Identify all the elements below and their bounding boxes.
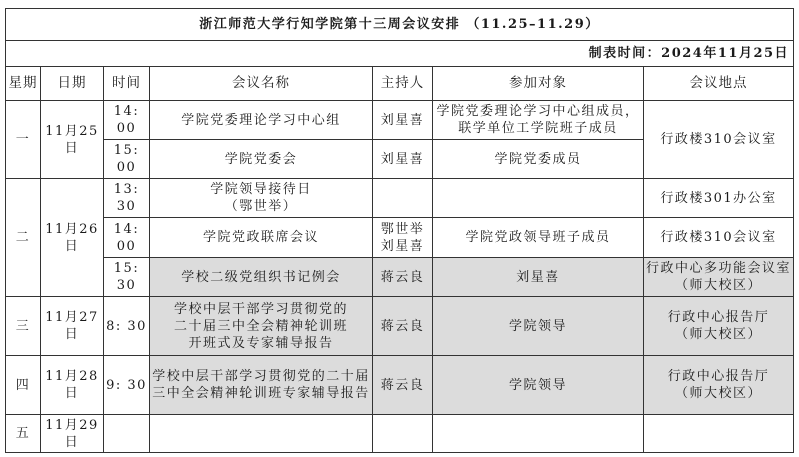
location-cell: 行政中心报告厅 （师大校区）: [644, 297, 794, 356]
time-cell: 15: 30: [104, 258, 150, 297]
time-cell: 14: 00: [104, 218, 150, 258]
header-date: 日期: [41, 67, 104, 101]
location-cell: 行政楼310会议室: [644, 101, 794, 179]
host-cell: 蒋云良: [373, 356, 433, 415]
time-cell: 14: 00: [104, 101, 150, 140]
header-meeting: 会议名称: [150, 67, 373, 101]
location-cell: 行政中心多功能会议室 （师大校区）: [644, 258, 794, 297]
header-location: 会议地点: [644, 67, 794, 101]
attendees-cell: [433, 179, 644, 218]
table-row: 15: 30 学校二级党组织书记例会 蒋云良 刘星喜 行政中心多功能会议室 （师…: [6, 258, 794, 297]
date-cell: 11月29日: [41, 415, 104, 453]
attendees-cell: 学院党政领导班子成员: [433, 218, 644, 258]
host-cell: [373, 179, 433, 218]
weekday-cell: 二: [6, 179, 41, 297]
meeting-name-cell: [150, 415, 373, 453]
time-cell: 15: 00: [104, 140, 150, 179]
location-cell: 行政楼310会议室: [644, 218, 794, 258]
attendees-cell: 刘星喜: [433, 258, 644, 297]
time-cell: 8: 30: [104, 297, 150, 356]
attendees-cell: 学院党委成员: [433, 140, 644, 179]
weekday-cell: 五: [6, 415, 41, 453]
date-cell: 11月26日: [41, 179, 104, 297]
location-cell: 行政楼301办公室: [644, 179, 794, 218]
weekday-cell: 一: [6, 101, 41, 179]
date-cell: 11月27日: [41, 297, 104, 356]
date-cell: 11月25日: [41, 101, 104, 179]
host-cell: 刘星喜: [373, 140, 433, 179]
attendees-cell: 学院领导: [433, 297, 644, 356]
meeting-name-cell: 学校中层干部学习贯彻党的二十届 三中全会精神轮训班专家辅导报告: [150, 356, 373, 415]
header-weekday: 星期: [6, 67, 41, 101]
time-cell: [104, 415, 150, 453]
table-row: 一 11月25日 14: 00 学院党委理论学习中心组 刘星喜 学院党委理论学习…: [6, 101, 794, 140]
attendees-cell: 学院领导: [433, 356, 644, 415]
host-cell: 蒋云良: [373, 297, 433, 356]
meeting-name-cell: 学院党政联席会议: [150, 218, 373, 258]
header-time: 时间: [104, 67, 150, 101]
weekday-cell: 四: [6, 356, 41, 415]
attendees-cell: [433, 415, 644, 453]
host-cell: 蒋云良: [373, 258, 433, 297]
meeting-name-cell: 学院党委会: [150, 140, 373, 179]
table-row: 四 11月28日 9: 30 学校中层干部学习贯彻党的二十届 三中全会精神轮训班…: [6, 356, 794, 415]
header-attendees: 参加对象: [433, 67, 644, 101]
attendees-cell: 学院党委理论学习中心组成员， 联学单位工学院班子成员: [433, 101, 644, 140]
meeting-name-cell: 学校二级党组织书记例会: [150, 258, 373, 297]
meeting-name-cell: 学院党委理论学习中心组: [150, 101, 373, 140]
location-cell: [644, 415, 794, 453]
location-cell: 行政中心报告厅 （师大校区）: [644, 356, 794, 415]
time-cell: 9: 30: [104, 356, 150, 415]
header-row: 星期 日期 时间 会议名称 主持人 参加对象 会议地点: [6, 67, 794, 101]
made-time: 制表时间：2024年11月25日: [6, 41, 794, 67]
table-row: 五 11月29日: [6, 415, 794, 453]
meeting-name-cell: 学校中层干部学习贯彻党的 二十届三中全会精神轮训班 开班式及专家辅导报告: [150, 297, 373, 356]
page-title: 浙江师范大学行知学院第十三周会议安排 （11.25–11.29）: [6, 9, 794, 41]
host-cell: 刘星喜: [373, 101, 433, 140]
header-host: 主持人: [373, 67, 433, 101]
table-row: 14: 00 学院党政联席会议 鄂世举 刘星喜 学院党政领导班子成员 行政楼31…: [6, 218, 794, 258]
time-cell: 13: 30: [104, 179, 150, 218]
date-cell: 11月28日: [41, 356, 104, 415]
host-cell: 鄂世举 刘星喜: [373, 218, 433, 258]
host-cell: [373, 415, 433, 453]
table-row: 二 11月26日 13: 30 学院领导接待日 （鄂世举） 行政楼301办公室: [6, 179, 794, 218]
weekday-cell: 三: [6, 297, 41, 356]
meeting-schedule-table: 浙江师范大学行知学院第十三周会议安排 （11.25–11.29） 制表时间：20…: [5, 8, 794, 453]
table-row: 三 11月27日 8: 30 学校中层干部学习贯彻党的 二十届三中全会精神轮训班…: [6, 297, 794, 356]
meeting-name-cell: 学院领导接待日 （鄂世举）: [150, 179, 373, 218]
